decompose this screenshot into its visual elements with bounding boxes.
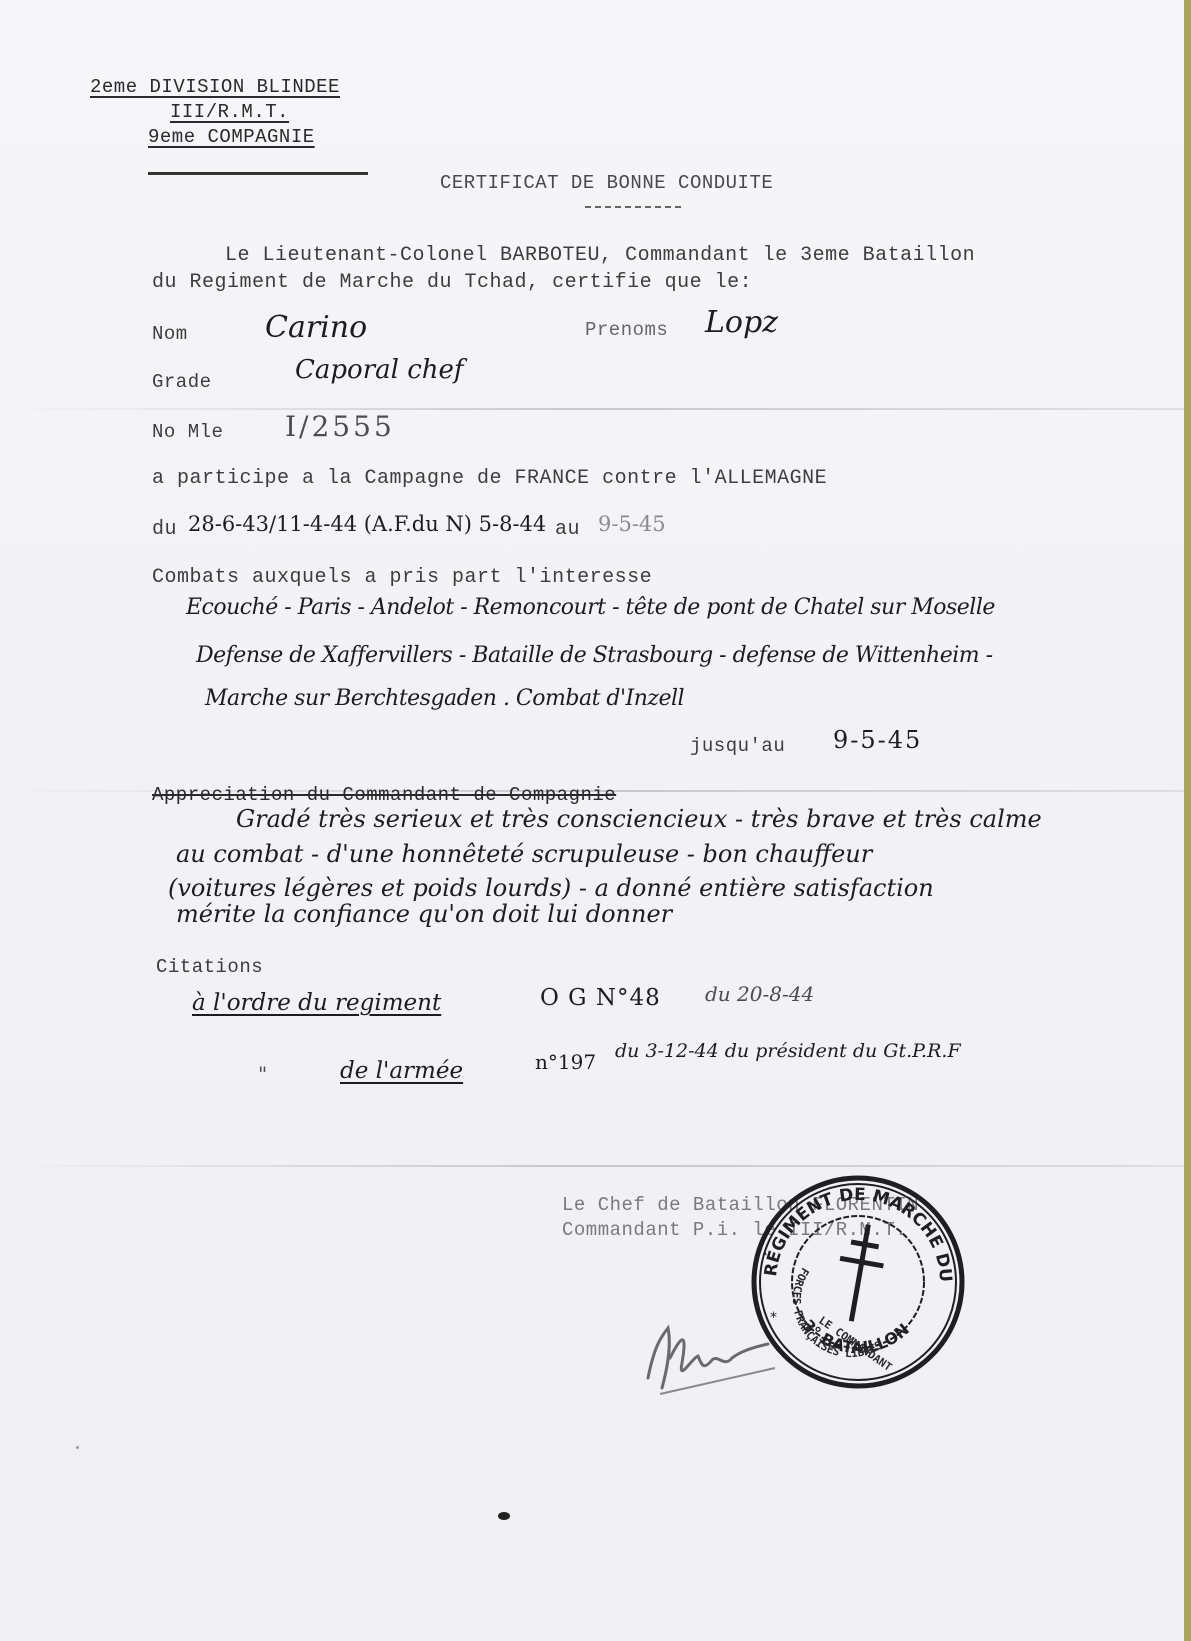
campaign-line: a participe a la Campagne de FRANCE cont… (152, 467, 827, 490)
intro-line-1: Le Lieutenant-Colonel BARBOTEU, Commanda… (225, 244, 975, 267)
appreciation-line-3: (voitures légères et poids lourds) - a d… (168, 874, 934, 902)
document-title: CERTIFICAT DE BONNE CONDUITE (440, 172, 773, 194)
svg-text:*: * (770, 1310, 777, 1326)
prenoms-value: Lopz (705, 305, 778, 340)
matricule-value: I/2555 (285, 410, 395, 443)
combats-line-2: Defense de Xaffervillers - Bataille de S… (196, 643, 993, 668)
citation-order: de l'armée (340, 1058, 463, 1084)
paper-speck (76, 1446, 79, 1449)
intro-line-2: du Regiment de Marche du Tchad, certifie… (152, 271, 752, 294)
citation-ditto-mark: " (258, 1062, 267, 1086)
citation-ref: n°197 (535, 1050, 596, 1074)
header-rule (148, 172, 368, 175)
nom-label: Nom (152, 323, 188, 345)
jusquau-label: jusqu'au (690, 735, 785, 757)
campaign-dates: 28-6-43/11-4-44 (A.F.du N) 5-8-44 (188, 512, 546, 536)
grade-value: Caporal chef (295, 355, 464, 385)
citation-date: du 20-8-44 (705, 982, 814, 1006)
combats-line-3: Marche sur Berchtesgaden . Combat d'Inze… (205, 686, 684, 711)
appreciation-line-2: au combat - d'une honnêteté scrupuleuse … (176, 840, 872, 868)
regimental-stamp: RÉGIMENT DE MARCHE DU TCHAD 3° BATAILLON… (748, 1172, 968, 1392)
header-division: 2eme DIVISION BLINDEE (90, 76, 340, 98)
page-edge (1184, 0, 1191, 1641)
campaign-au-value: 9-5-45 (598, 512, 666, 536)
appreciation-line-4: mérite la confiance qu'on doit lui donne… (176, 900, 672, 928)
jusquau-value: 9-5-45 (833, 726, 922, 754)
fold-line (0, 408, 1184, 410)
citations-label: Citations (156, 956, 263, 978)
svg-text:RÉGIMENT DE MARCHE DU TCHAD: RÉGIMENT DE MARCHE DU TCHAD (748, 1172, 955, 1283)
header-company: 9eme COMPAGNIE (148, 126, 315, 148)
appreciation-label: Appreciation du Commandant de Compagnie (152, 784, 616, 806)
combats-line-1: Ecouché - Paris - Andelot - Remoncourt -… (186, 595, 995, 620)
matricule-label: No Mle (152, 421, 223, 443)
fold-line (0, 1165, 1184, 1167)
nom-value: Carino (265, 310, 367, 345)
title-underline (585, 206, 683, 208)
citation-date: du 3-12-44 du président du Gt.P.R.F (615, 1040, 961, 1062)
header-unit: III/R.M.T. (170, 101, 289, 123)
citation-order: à l'ordre du regiment (192, 990, 441, 1016)
campaign-au-label: au (555, 518, 580, 541)
grade-label: Grade (152, 371, 212, 393)
ink-mark (498, 1512, 510, 1520)
campaign-du-label: du (152, 518, 177, 541)
combats-label: Combats auxquels a pris part l'interesse (152, 566, 652, 589)
prenoms-label: Prenoms (585, 319, 668, 341)
appreciation-line-1: Gradé très serieux et très consciencieux… (236, 805, 1042, 833)
citation-ref: O G N°48 (540, 985, 661, 1011)
